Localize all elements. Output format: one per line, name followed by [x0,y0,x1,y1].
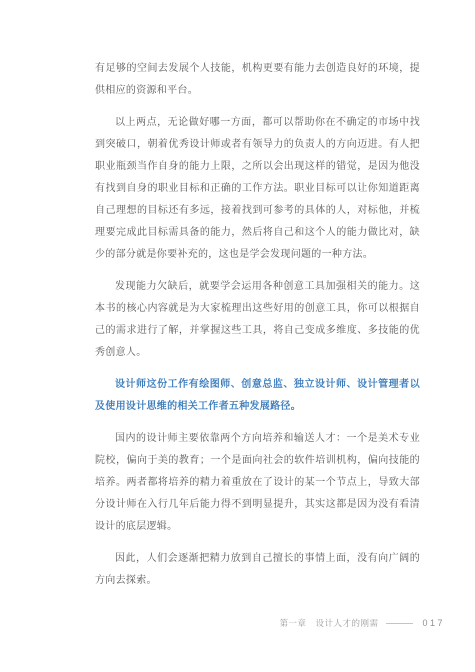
paragraph: 发现能力欠缺后，就要学会运用各种创意工具加强相关的能力。这本书的核心内容就是为大… [95,276,420,364]
page-content: 有足够的空间去发展个人技能，机构更要有能力去创造良好的环境，提供相应的资源和平台… [95,58,420,602]
paragraph: 国内的设计师主要依靠两个方向培养和输送人才：一个是美术专业院校，偏向于美的教育；… [95,428,420,538]
paragraph: 有足够的空间去发展个人技能，机构更要有能力去创造良好的环境，提供相应的资源和平台… [95,58,420,102]
book-page: 有足够的空间去发展个人技能，机构更要有能力去创造良好的环境，提供相应的资源和平台… [0,0,475,672]
footer-divider-line [386,623,413,624]
page-footer: 第一章 设计人才的刚需 017 [279,616,445,630]
page-number: 017 [422,618,445,628]
chapter-label: 第一章 [279,617,306,629]
paragraph: 因此，人们会逐渐把精力放到自己擅长的事情上面，没有向广阔的方向去探索。 [95,548,420,592]
paragraph: 以上两点，无论做好哪一方面，都可以帮助你在不确定的市场中找到突破口，朝着优秀设计… [95,112,420,266]
highlight-paragraph: 设计师这份工作有绘图师、创意总监、独立设计师、设计管理者以及使用设计思维的相关工… [95,374,420,418]
chapter-title: 设计人才的刚需 [315,617,378,629]
